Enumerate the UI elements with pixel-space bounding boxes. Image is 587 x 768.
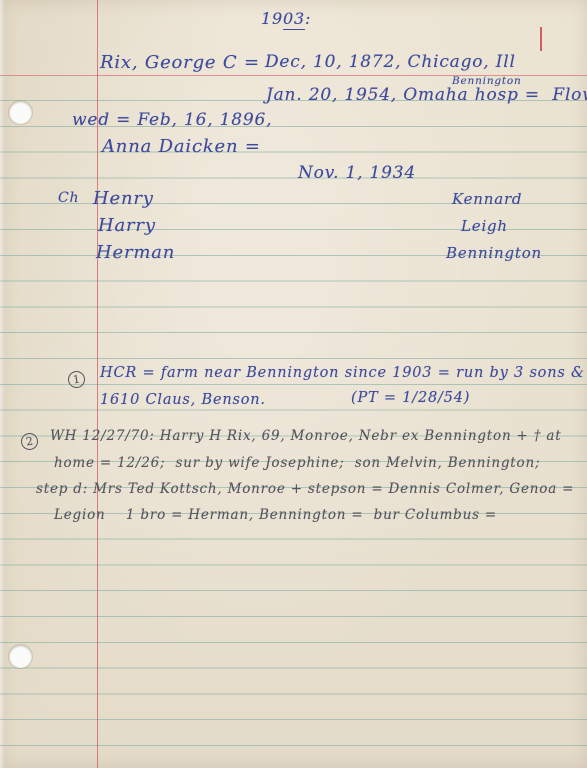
entry-name: Rix, George C = — [100, 53, 260, 73]
child-place: Bennington — [446, 245, 542, 262]
circled-number-icon: 1 — [67, 370, 86, 389]
note-1-line: 1610 Claus, Benson. — [100, 393, 266, 409]
circled-number-icon: 2 — [20, 432, 39, 451]
note-2-line: step d: Mrs Ted Kottsch, Monroe + stepso… — [36, 482, 574, 497]
red-margin-mark-top-right — [540, 27, 542, 51]
year-prefix: 19 — [261, 9, 283, 28]
entry-death: Jan. 20, 1954, Omaha hosp = Flower Hill — [266, 86, 587, 105]
punch-hole-bottom — [9, 645, 32, 668]
child-place: Leigh — [461, 218, 508, 235]
note-2-line: Legion 1 bro = Herman, Bennington = bur … — [54, 508, 497, 523]
year-underlined: 03 — [283, 9, 305, 30]
children-label: Ch — [58, 191, 79, 206]
entry-spouse: Anna Daicken = — [102, 137, 261, 157]
note-2-number: 2 — [21, 431, 38, 450]
entry-marriage: wed = Feb, 16, 1896, — [72, 111, 272, 130]
note-2-line: WH 12/27/70: Harry H Rix, 69, Monroe, Ne… — [50, 429, 561, 444]
note-2-line: home = 12/26; sur by wife Josephine; son… — [54, 456, 540, 471]
child-name: Harry — [98, 216, 156, 236]
year-punct: : — [305, 9, 311, 28]
entry-birth: Dec, 10, 1872, Chicago, Ill — [265, 53, 516, 72]
entry-spouse-death: Nov. 1, 1934 — [298, 164, 416, 183]
note-1-citation: (PT = 1/28/54) — [351, 391, 470, 407]
year-heading: 1903: — [261, 10, 311, 28]
child-place: Kennard — [452, 191, 522, 208]
child-name: Henry — [93, 189, 154, 209]
punch-hole-top — [9, 101, 32, 124]
notebook-page-scan: 1903: Rix, George C = Dec, 10, 1872, Chi… — [0, 0, 587, 768]
note-1-number: 1 — [68, 369, 85, 388]
child-name: Herman — [96, 243, 175, 263]
note-1-line: HCR = farm near Bennington since 1903 = … — [100, 366, 585, 382]
